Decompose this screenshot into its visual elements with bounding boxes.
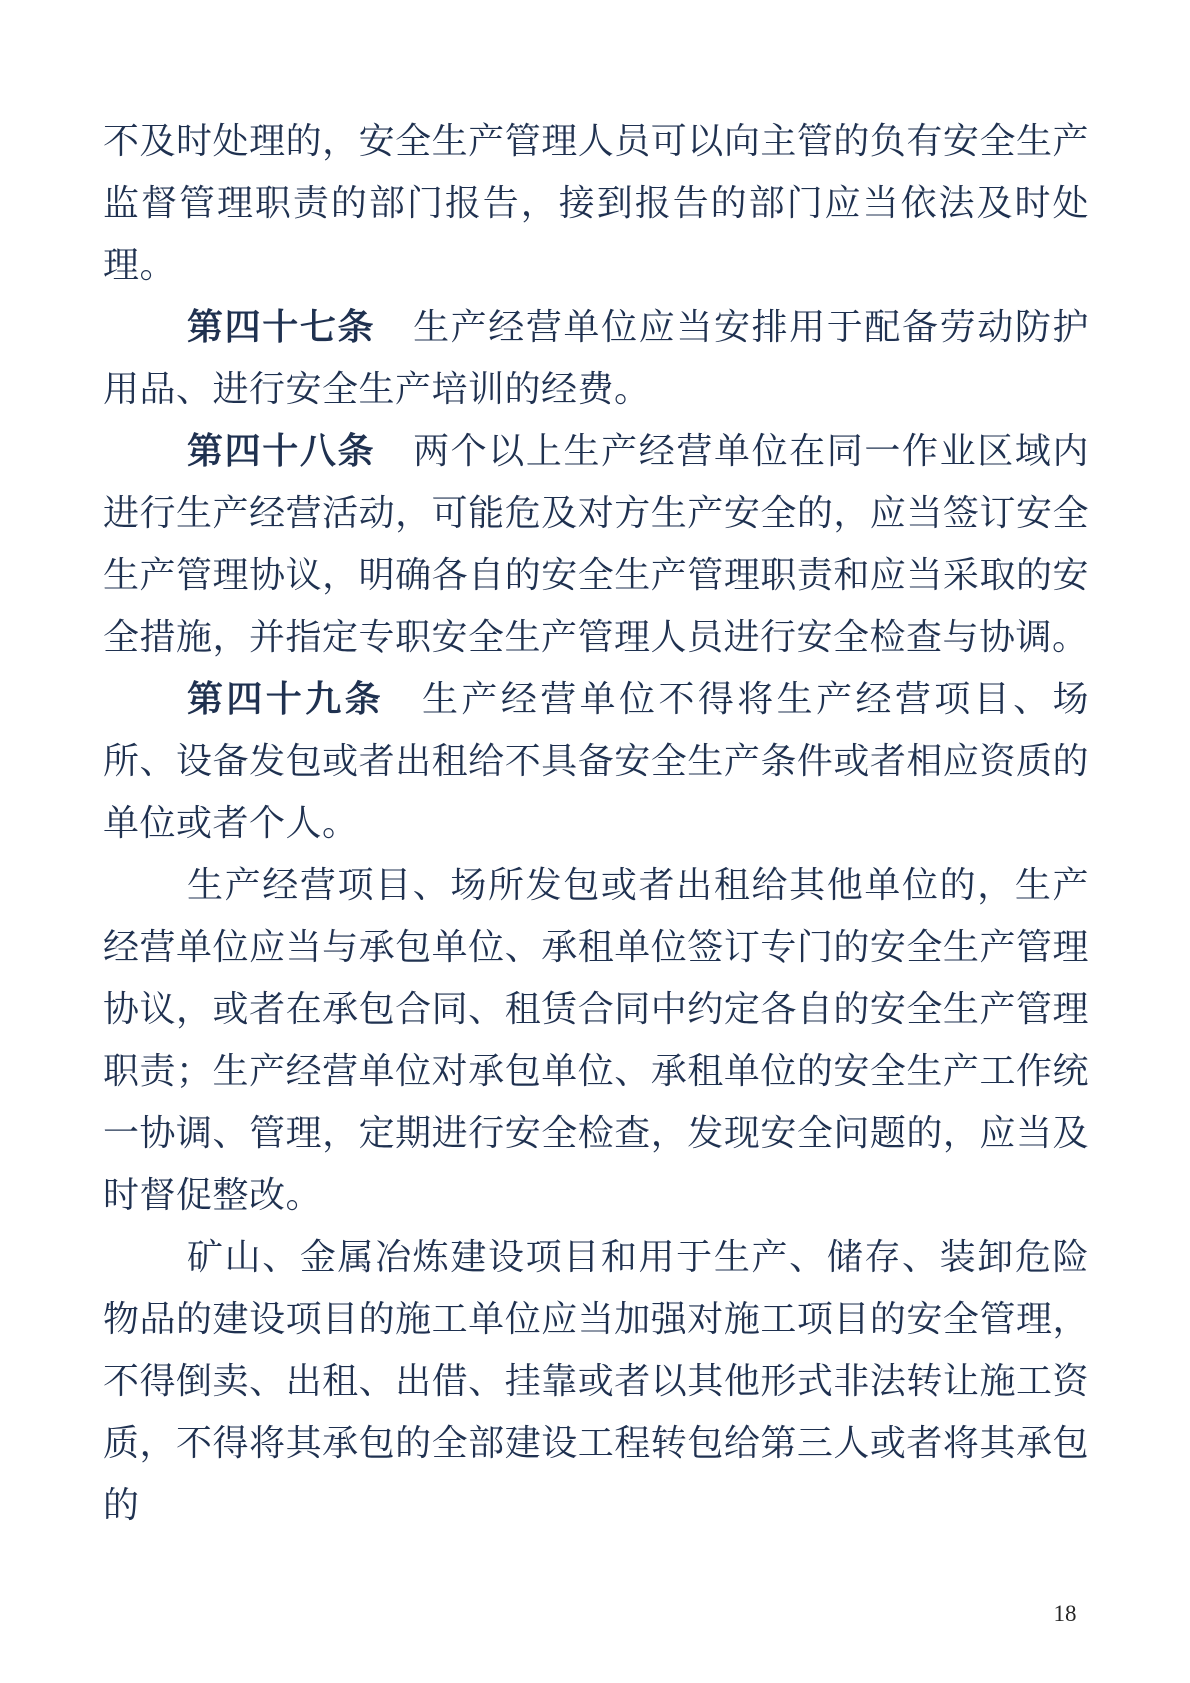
paragraph-article-49-clause-3: 矿山、金属冶炼建设项目和用于生产、储存、装卸危险物品的建设项目的施工单位应当加强… (103, 1226, 1089, 1536)
article-48-heading: 第四十八条 (187, 430, 375, 471)
document-page: 不及时处理的，安全生产管理人员可以向主管的负有安全生产监督管理职责的部门报告，接… (0, 0, 1190, 1683)
paragraph-article-49-clause-2: 生产经营项目、场所发包或者出租给其他单位的，生产经营单位应当与承包单位、承租单位… (103, 854, 1089, 1226)
paragraph-article-47: 第四十七条生产经营单位应当安排用于配备劳动防护用品、进行安全生产培训的经费。 (103, 296, 1089, 420)
paragraph-article-48: 第四十八条两个以上生产经营单位在同一作业区域内进行生产经营活动，可能危及对方生产… (103, 420, 1089, 668)
paragraph-text: 生产经营项目、场所发包或者出租给其他单位的，生产经营单位应当与承包单位、承租单位… (103, 865, 1089, 1215)
document-body: 不及时处理的，安全生产管理人员可以向主管的负有安全生产监督管理职责的部门报告，接… (103, 110, 1089, 1536)
paragraph-article-49: 第四十九条生产经营单位不得将生产经营项目、场所、设备发包或者出租给不具备安全生产… (103, 668, 1089, 854)
paragraph-continuation: 不及时处理的，安全生产管理人员可以向主管的负有安全生产监督管理职责的部门报告，接… (103, 110, 1089, 296)
article-47-heading: 第四十七条 (187, 306, 375, 347)
article-49-heading: 第四十九条 (187, 678, 384, 719)
page-number: 18 (1030, 1598, 1100, 1630)
paragraph-text: 不及时处理的，安全生产管理人员可以向主管的负有安全生产监督管理职责的部门报告，接… (103, 121, 1089, 285)
paragraph-text: 矿山、金属冶炼建设项目和用于生产、储存、装卸危险物品的建设项目的施工单位应当加强… (103, 1237, 1089, 1525)
